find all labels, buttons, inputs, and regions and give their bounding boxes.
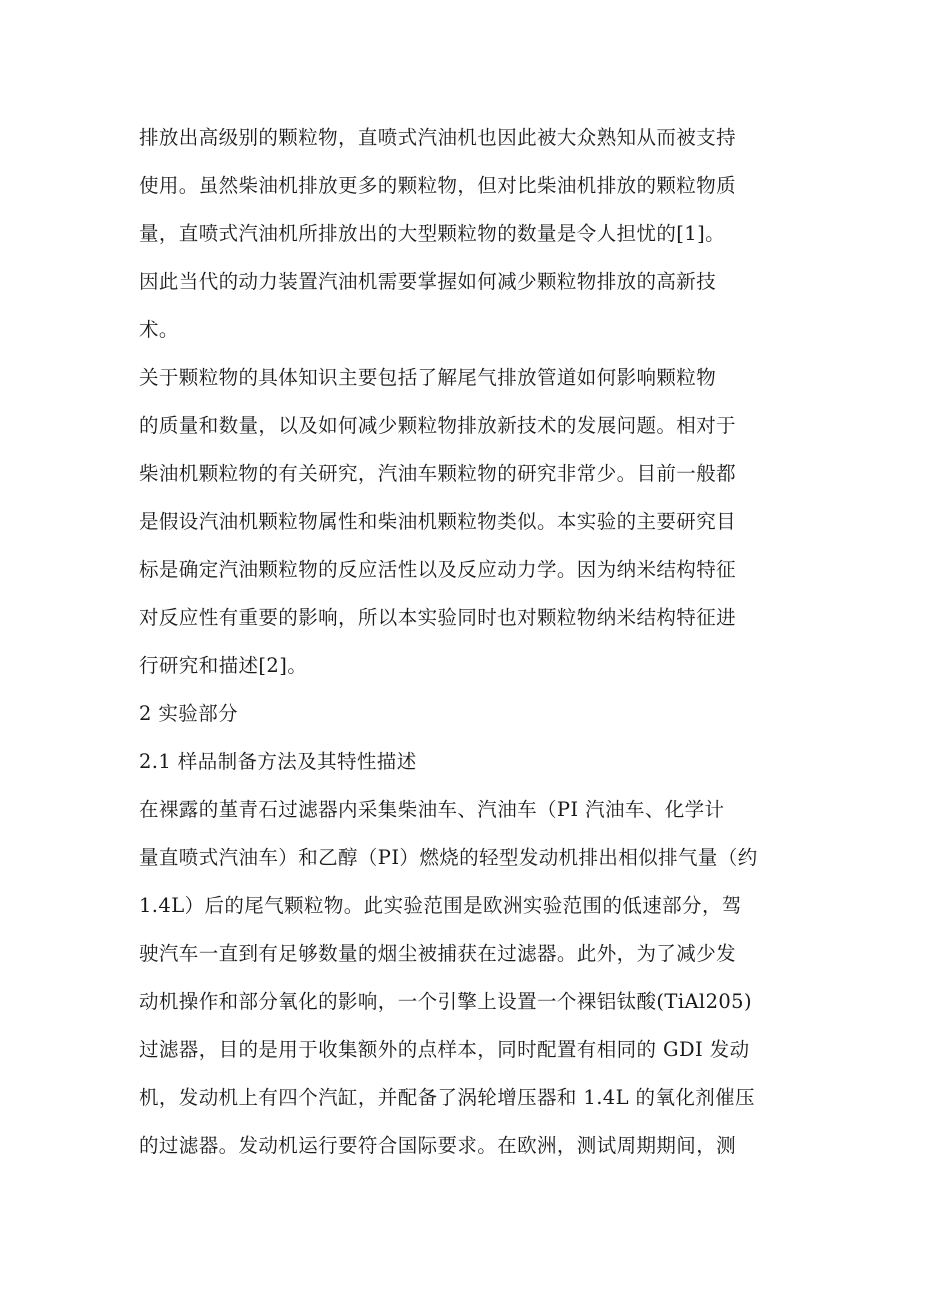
text-line: 是假设汽油机颗粒物属性和柴油机颗粒物类似。本实验的主要研究目 [139, 507, 736, 537]
text-line: 行研究和描述[2]。 [139, 651, 307, 681]
text-line: 对反应性有重要的影响，所以本实验同时也对颗粒物纳米结构特征进 [139, 603, 736, 633]
text-line: 动机操作和部分氧化的影响，一个引擎上设置一个裸铝钛酸(TiAl205) [139, 987, 752, 1017]
text-line: 量直喷式汽油车）和乙醇（PI）燃烧的轻型发动机排出相似排气量（约 [139, 843, 758, 873]
text-line: 过滤器，目的是用于收集额外的点样本，同时配置有相同的 GDI 发动 [139, 1035, 750, 1065]
text-line: 排放出高级别的颗粒物，直喷式汽油机也因此被大众熟知从而被支持 [139, 123, 736, 153]
subsection-heading: 2.1 样品制备方法及其特性描述 [139, 747, 417, 777]
text-line: 关于颗粒物的具体知识主要包括了解尾气排放管道如何影响颗粒物 [139, 363, 716, 393]
text-line: 因此当代的动力装置汽油机需要掌握如何减少颗粒物排放的高新技 [139, 267, 716, 297]
text-line: 术。 [139, 315, 179, 345]
text-line: 在裸露的堇青石过滤器内采集柴油车、汽油车（PI 汽油车、化学计 [139, 795, 724, 825]
text-line: 机，发动机上有四个汽缸，并配备了涡轮增压器和 1.4L 的氧化剂催压 [139, 1083, 755, 1113]
section-heading: 2 实验部分 [139, 699, 238, 729]
text-line: 驶汽车一直到有足够数量的烟尘被捕获在过滤器。此外，为了减少发 [139, 939, 736, 969]
text-line: 使用。虽然柴油机排放更多的颗粒物，但对比柴油机排放的颗粒物质 [139, 171, 736, 201]
text-line: 柴油机颗粒物的有关研究，汽油车颗粒物的研究非常少。目前一般都 [139, 459, 736, 489]
text-line: 量，直喷式汽油机所排放出的大型颗粒物的数量是令人担忧的[1]。 [139, 219, 725, 249]
text-line: 标是确定汽油颗粒物的反应活性以及反应动力学。因为纳米结构特征 [139, 555, 736, 585]
text-line: 的质量和数量，以及如何减少颗粒物排放新技术的发展问题。相对于 [139, 411, 736, 441]
text-line: 1.4L）后的尾气颗粒物。此实验范围是欧洲实验范围的低速部分，驾 [139, 891, 742, 921]
text-line: 的过滤器。发动机运行要符合国际要求。在欧洲，测试周期期间，测 [139, 1131, 736, 1161]
